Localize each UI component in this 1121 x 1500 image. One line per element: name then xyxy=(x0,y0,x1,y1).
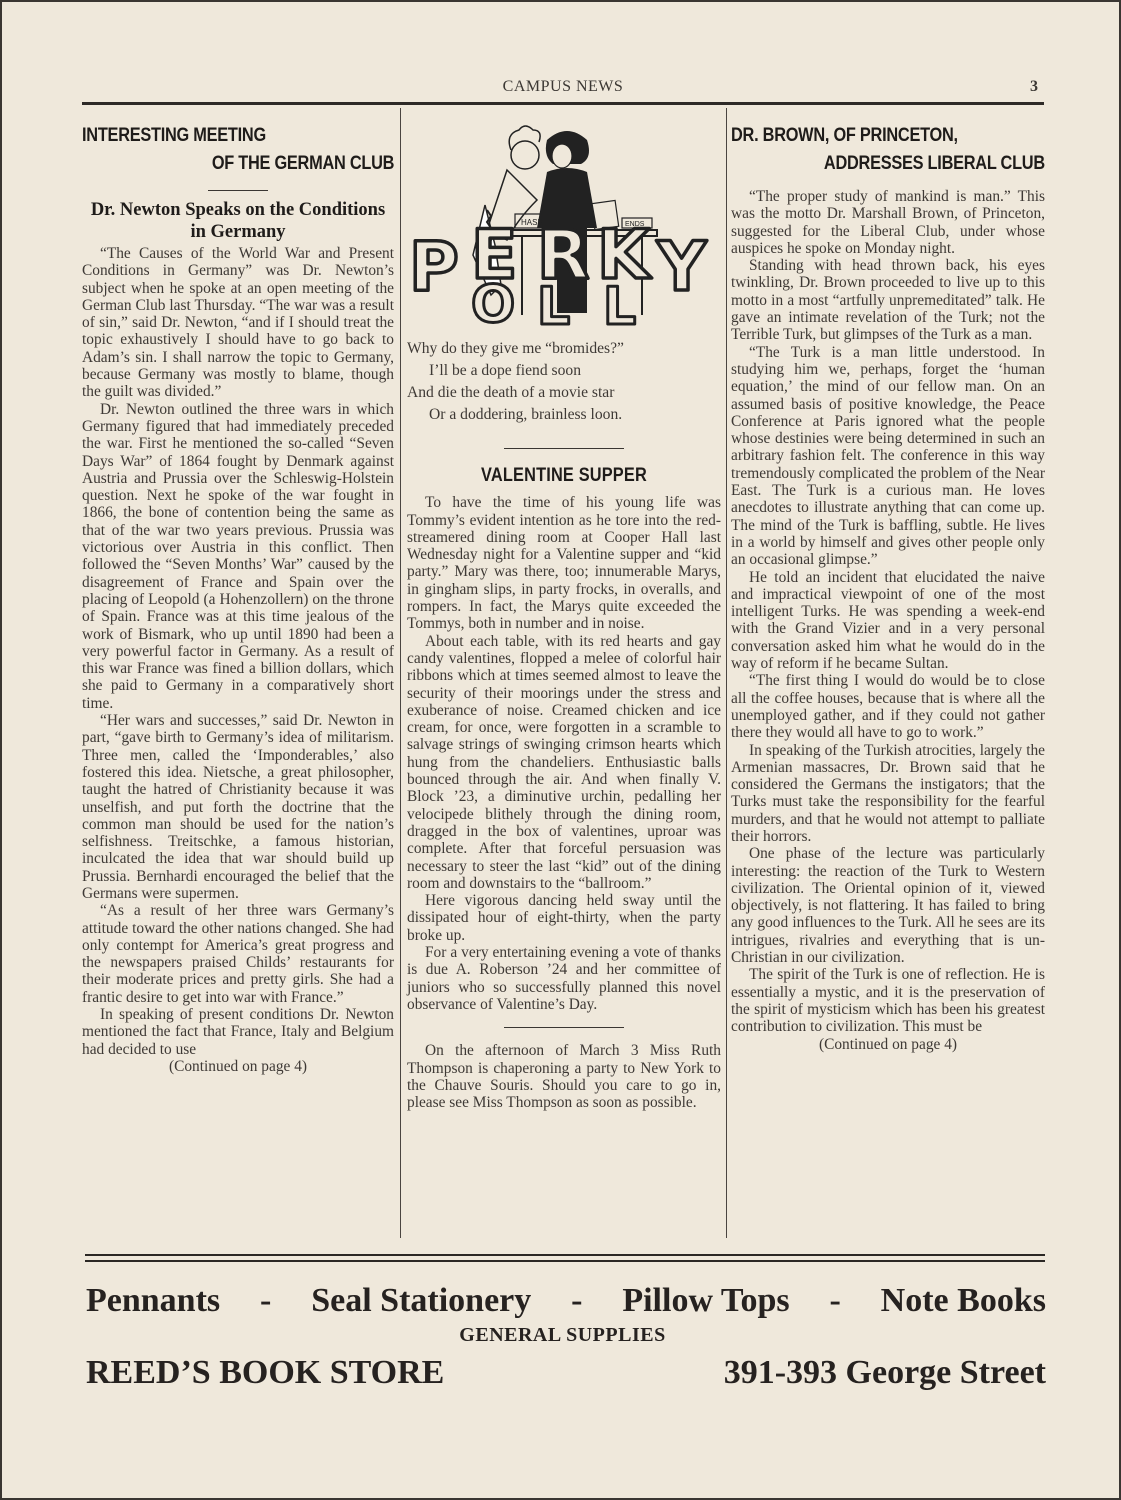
paragraph: Here vigorous dancing held sway until th… xyxy=(407,892,721,944)
paragraph: “The first thing I would do would be to … xyxy=(731,672,1045,741)
paragraph: “Her wars and successes,” said Dr. Newto… xyxy=(82,712,394,902)
poem-line: Why do they give me “bromides?” xyxy=(407,338,721,360)
column-divider-1 xyxy=(400,108,401,1238)
paragraph: One phase of the lecture was particularl… xyxy=(731,845,1045,966)
svg-text:P: P xyxy=(409,228,459,307)
headline-line-1: DR. BROWN, OF PRINCETON, xyxy=(731,125,958,146)
page-number: 3 xyxy=(1030,78,1038,96)
article-german-club: INTERESTING MEETING OF THE GERMAN CLUB D… xyxy=(82,122,394,1075)
perky-polly-illustration: HASH ENDS P E R K Y O L L xyxy=(407,110,719,330)
section-divider xyxy=(504,448,624,449)
article-subhead: Dr. Newton Speaks on the Conditions in G… xyxy=(82,199,394,243)
paragraph: Dr. Newton outlined the three wars in wh… xyxy=(82,401,394,712)
notice-paragraph: On the afternoon of March 3 Miss Ruth Th… xyxy=(407,1042,721,1111)
article-headline: INTERESTING MEETING OF THE GERMAN CLUB xyxy=(82,122,394,178)
ad-store-name: REED’S BOOK STORE xyxy=(86,1354,444,1392)
continued-notice: (Continued on page 4) xyxy=(82,1058,394,1075)
headline-line-2: ADDRESSES LIBERAL CLUB xyxy=(731,150,1045,178)
svg-text:Y: Y xyxy=(656,228,707,307)
paragraph: “The proper study of mankind is man.” Th… xyxy=(731,188,1045,257)
ad-item: Seal Stationery xyxy=(311,1282,531,1320)
middle-column: HASH ENDS P E R K Y O L L xyxy=(407,122,721,1111)
valentine-supper-headline: VALENTINE SUPPER xyxy=(429,467,699,484)
poem-line: Or a doddering, brainless loon. xyxy=(407,404,721,426)
header-rule xyxy=(82,102,1044,105)
paragraph: About each table, with its red hearts an… xyxy=(407,633,721,892)
publication-title: CAMPUS NEWS xyxy=(82,78,1044,96)
ad-item: Note Books xyxy=(881,1282,1046,1320)
ad-rule-bottom xyxy=(85,1260,1045,1262)
newspaper-page: CAMPUS NEWS 3 INTERESTING MEETING OF THE… xyxy=(0,0,1121,1500)
section-divider xyxy=(504,1027,624,1028)
ad-separator: - xyxy=(571,1282,582,1320)
ad-item: Pillow Tops xyxy=(622,1282,789,1320)
headline-line-1: INTERESTING MEETING xyxy=(82,125,266,146)
ad-store-line: REED’S BOOK STORE 391-393 George Street xyxy=(86,1354,1046,1392)
perky-polly-drawing-icon: HASH ENDS P E R K Y O L L xyxy=(407,110,721,335)
paragraph: In speaking of the Turkish atrocities, l… xyxy=(731,742,1045,846)
headline-line-2: OF THE GERMAN CLUB xyxy=(82,150,394,178)
ad-rule-top xyxy=(85,1254,1045,1256)
running-head: CAMPUS NEWS 3 xyxy=(82,78,1044,100)
column-divider-2 xyxy=(726,108,727,1238)
paragraph: To have the time of his young life was T… xyxy=(407,494,721,632)
continued-notice: (Continued on page 4) xyxy=(731,1036,1045,1053)
svg-text:L: L xyxy=(537,277,570,335)
poem: Why do they give me “bromides?” I’ll be … xyxy=(407,338,721,426)
poem-line: And die the death of a movie star xyxy=(407,382,721,404)
svg-text:L: L xyxy=(603,277,636,335)
svg-text:O: O xyxy=(471,275,515,335)
paragraph: “As a result of her three wars Germany’s… xyxy=(82,902,394,1006)
paragraph: In speaking of present conditions Dr. Ne… xyxy=(82,1006,394,1058)
ad-tagline: GENERAL SUPPLIES xyxy=(2,1324,1121,1347)
paragraph: “The Turk is a man little understood. In… xyxy=(731,344,1045,569)
poem-line: I’ll be a dope fiend soon xyxy=(407,360,721,382)
ad-address: 391-393 George Street xyxy=(724,1354,1046,1392)
article-liberal-club: DR. BROWN, OF PRINCETON, ADDRESSES LIBER… xyxy=(731,122,1045,1053)
paragraph: For a very entertaining evening a vote o… xyxy=(407,944,721,1013)
paragraph: He told an incident that elucidated the … xyxy=(731,569,1045,673)
ad-product-list: Pennants - Seal Stationery - Pillow Tops… xyxy=(86,1282,1046,1320)
ad-separator: - xyxy=(260,1282,271,1320)
article-headline: DR. BROWN, OF PRINCETON, ADDRESSES LIBER… xyxy=(731,122,1045,178)
headline-divider xyxy=(208,190,268,191)
paragraph: The spirit of the Turk is one of reflect… xyxy=(731,966,1045,1035)
ad-item: Pennants xyxy=(86,1282,220,1320)
paragraph: Standing with head thrown back, his eyes… xyxy=(731,257,1045,343)
ad-separator: - xyxy=(829,1282,840,1320)
paragraph: “The Causes of the World War and Present… xyxy=(82,245,394,401)
